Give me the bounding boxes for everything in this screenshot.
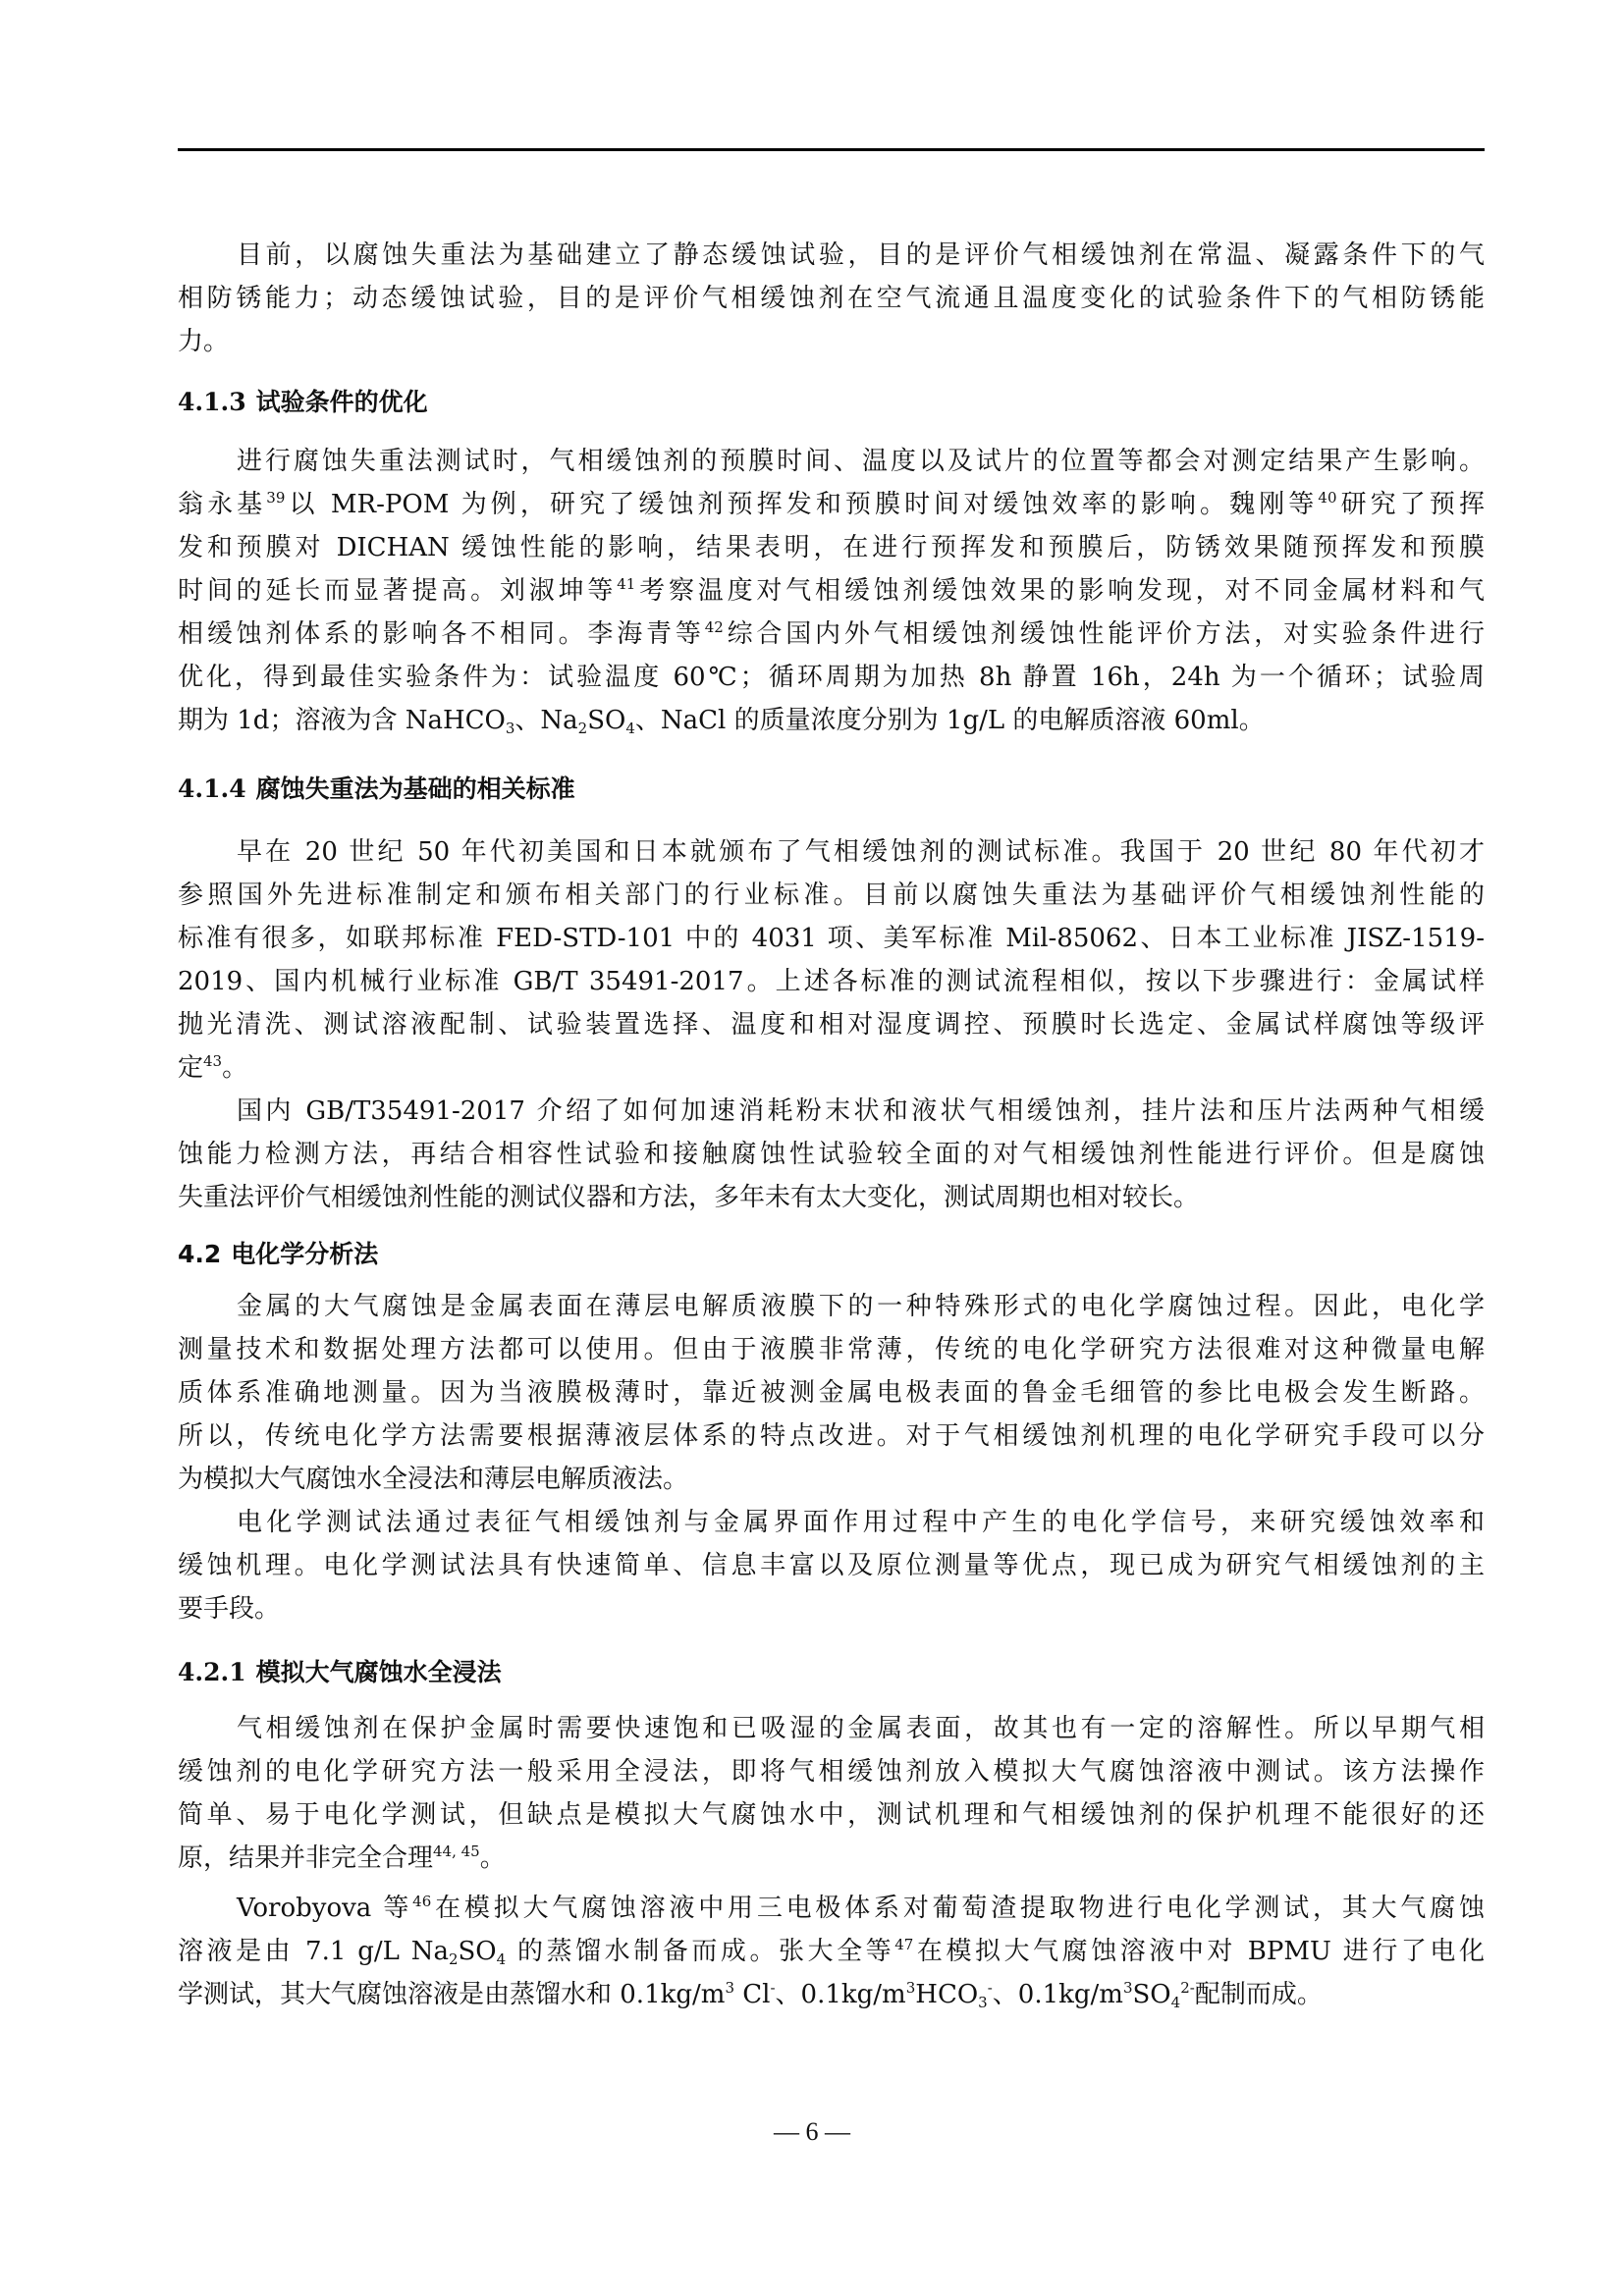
text-line: 学测试，其大气腐蚀溶液是由蒸馏水和 0.1kg/m3 Cl-、0.1kg/m3H… — [178, 1973, 1485, 2016]
section-title: 腐蚀失重法为基础的相关标准 — [256, 774, 575, 803]
text-line: 为模拟大气腐蚀水全浸法和薄层电解质液法。 — [178, 1458, 1485, 1501]
paragraph-4-1-4-a: 早在 20 世纪 50 年代初美国和日本就颁布了气相缓蚀剂的测试标准。我国于 2… — [178, 830, 1485, 1090]
citation: 39 — [266, 489, 285, 507]
text-line: 2019、国内机械行业标准 GB/T 35491-2017。上述各标准的测试流程… — [178, 960, 1485, 1003]
paragraph-4-2-1-a: 气相缓蚀剂在保护金属时需要快速饱和已吸湿的金属表面，故其也有一定的溶解性。所以早… — [178, 1707, 1485, 1880]
text-line: 定43。 — [178, 1046, 1485, 1090]
intro-paragraph: 目前，以腐蚀失重法为基础建立了静态缓蚀试验，目的是评价气相缓蚀剂在常温、凝露条件… — [178, 234, 1485, 363]
text-line: 翁永基39以 MR-POM 为例，研究了缓蚀剂预挥发和预膜时间对缓蚀效率的影响。… — [178, 483, 1485, 526]
section-heading-4-1-3: 4.1.3试验条件的优化 — [178, 383, 428, 422]
text-line: 相缓蚀剂体系的影响各不相同。李海青等42综合国内外气相缓蚀剂缓蚀性能评价方法，对… — [178, 613, 1485, 656]
text-line: 参照国外先进标准制定和颁布相关部门的行业标准。目前以腐蚀失重法为基础评价气相缓蚀… — [178, 874, 1485, 917]
citation: 41 — [617, 575, 635, 593]
section-title: 电化学分析法 — [231, 1240, 378, 1268]
text-line: 所以，传统电化学方法需要根据薄液层体系的特点改进。对于气相缓蚀剂机理的电化学研究… — [178, 1415, 1485, 1458]
citation: 40 — [1318, 489, 1336, 507]
section-heading-4-2: 4.2电化学分析法 — [178, 1235, 378, 1274]
text-line: 期为 1d；溶液为含 NaHCO3、Na2SO4、NaCl 的质量浓度分别为 1… — [178, 699, 1485, 742]
text-line: 简单、易于电化学测试，但缺点是模拟大气腐蚀水中，测试机理和气相缓蚀剂的保护机理不… — [178, 1793, 1485, 1837]
text-line: 国内 GB/T35491-2017 介绍了如何加速消耗粉末状和液状气相缓蚀剂，挂… — [178, 1090, 1485, 1133]
page-number: — 6 — — [0, 2112, 1624, 2152]
text-line: 目前，以腐蚀失重法为基础建立了静态缓蚀试验，目的是评价气相缓蚀剂在常温、凝露条件… — [178, 234, 1485, 277]
text-line: 时间的延长而显著提高。刘淑坤等41考察温度对气相缓蚀剂缓蚀效果的影响发现，对不同… — [178, 569, 1485, 613]
section-number: 4.1.4 — [178, 774, 246, 803]
citation: 43 — [203, 1052, 222, 1070]
paragraph-4-2-a: 金属的大气腐蚀是金属表面在薄层电解质液膜下的一种特殊形式的电化学腐蚀过程。因此，… — [178, 1285, 1485, 1501]
paragraph-4-2-1-b: Vorobyova 等46在模拟大气腐蚀溶液中用三电极体系对葡萄渣提取物进行电化… — [178, 1887, 1485, 2016]
text-line: 气相缓蚀剂在保护金属时需要快速饱和已吸湿的金属表面，故其也有一定的溶解性。所以早… — [178, 1707, 1485, 1750]
text-line: 相防锈能力；动态缓蚀试验，目的是评价气相缓蚀剂在空气流通且温度变化的试验条件下的… — [178, 277, 1485, 320]
text-line: 电化学测试法通过表征气相缓蚀剂与金属界面作用过程中产生的电化学信号，来研究缓蚀效… — [178, 1501, 1485, 1544]
citation: 44, 45 — [433, 1842, 480, 1860]
text-line: 金属的大气腐蚀是金属表面在薄层电解质液膜下的一种特殊形式的电化学腐蚀过程。因此，… — [178, 1285, 1485, 1328]
citation: 46 — [412, 1893, 431, 1910]
text-line: 原，结果并非完全合理44, 45。 — [178, 1837, 1485, 1880]
section-title: 试验条件的优化 — [256, 388, 428, 416]
text-line: 要手段。 — [178, 1587, 1485, 1630]
section-title: 模拟大气腐蚀水全浸法 — [256, 1658, 502, 1686]
text-line: 抛光清洗、测试溶液配制、试验装置选择、温度和相对湿度调控、预膜时长选定、金属试样… — [178, 1003, 1485, 1046]
text-line: Vorobyova 等46在模拟大气腐蚀溶液中用三电极体系对葡萄渣提取物进行电化… — [178, 1887, 1485, 1930]
text-line: 优化，得到最佳实验条件为：试验温度 60℃；循环周期为加热 8h 静置 16h，… — [178, 656, 1485, 699]
text-line: 失重法评价气相缓蚀剂性能的测试仪器和方法，多年未有太大变化，测试周期也相对较长。 — [178, 1176, 1485, 1219]
paragraph-4-1-3: 进行腐蚀失重法测试时，气相缓蚀剂的预膜时间、温度以及试片的位置等都会对测定结果产… — [178, 440, 1485, 742]
section-heading-4-2-1: 4.2.1模拟大气腐蚀水全浸法 — [178, 1653, 502, 1692]
text-line: 测量技术和数据处理方法都可以使用。但由于液膜非常薄，传统的电化学研究方法很难对这… — [178, 1328, 1485, 1371]
paragraph-4-1-4-b: 国内 GB/T35491-2017 介绍了如何加速消耗粉末状和液状气相缓蚀剂，挂… — [178, 1090, 1485, 1219]
citation: 47 — [894, 1936, 913, 1953]
header-rule — [178, 148, 1485, 151]
paragraph-4-2-b: 电化学测试法通过表征气相缓蚀剂与金属界面作用过程中产生的电化学信号，来研究缓蚀效… — [178, 1501, 1485, 1630]
text-line: 溶液是由 7.1 g/L Na2SO4 的蒸馏水制备而成。张大全等47在模拟大气… — [178, 1930, 1485, 1973]
text-line: 力。 — [178, 320, 1485, 363]
section-number: 4.1.3 — [178, 388, 246, 416]
citation: 42 — [705, 618, 724, 636]
text-line: 进行腐蚀失重法测试时，气相缓蚀剂的预膜时间、温度以及试片的位置等都会对测定结果产… — [178, 440, 1485, 483]
section-number: 4.2 — [178, 1240, 221, 1268]
text-line: 早在 20 世纪 50 年代初美国和日本就颁布了气相缓蚀剂的测试标准。我国于 2… — [178, 830, 1485, 874]
text-line: 缓蚀机理。电化学测试法具有快速简单、信息丰富以及原位测量等优点，现已成为研究气相… — [178, 1544, 1485, 1587]
text-line: 发和预膜对 DICHAN 缓蚀性能的影响，结果表明，在进行预挥发和预膜后，防锈效… — [178, 526, 1485, 569]
text-line: 缓蚀剂的电化学研究方法一般采用全浸法，即将气相缓蚀剂放入模拟大气腐蚀溶液中测试。… — [178, 1750, 1485, 1793]
text-line: 蚀能力检测方法，再结合相容性试验和接触腐蚀性试验较全面的对气相缓蚀剂性能进行评价… — [178, 1133, 1485, 1176]
section-number: 4.2.1 — [178, 1658, 246, 1686]
text-line: 标准有很多，如联邦标准 FED-STD-101 中的 4031 项、美军标准 M… — [178, 917, 1485, 960]
text-line: 质体系准确地测量。因为当液膜极薄时，靠近被测金属电极表面的鲁金毛细管的参比电极会… — [178, 1371, 1485, 1415]
section-heading-4-1-4: 4.1.4腐蚀失重法为基础的相关标准 — [178, 770, 575, 809]
